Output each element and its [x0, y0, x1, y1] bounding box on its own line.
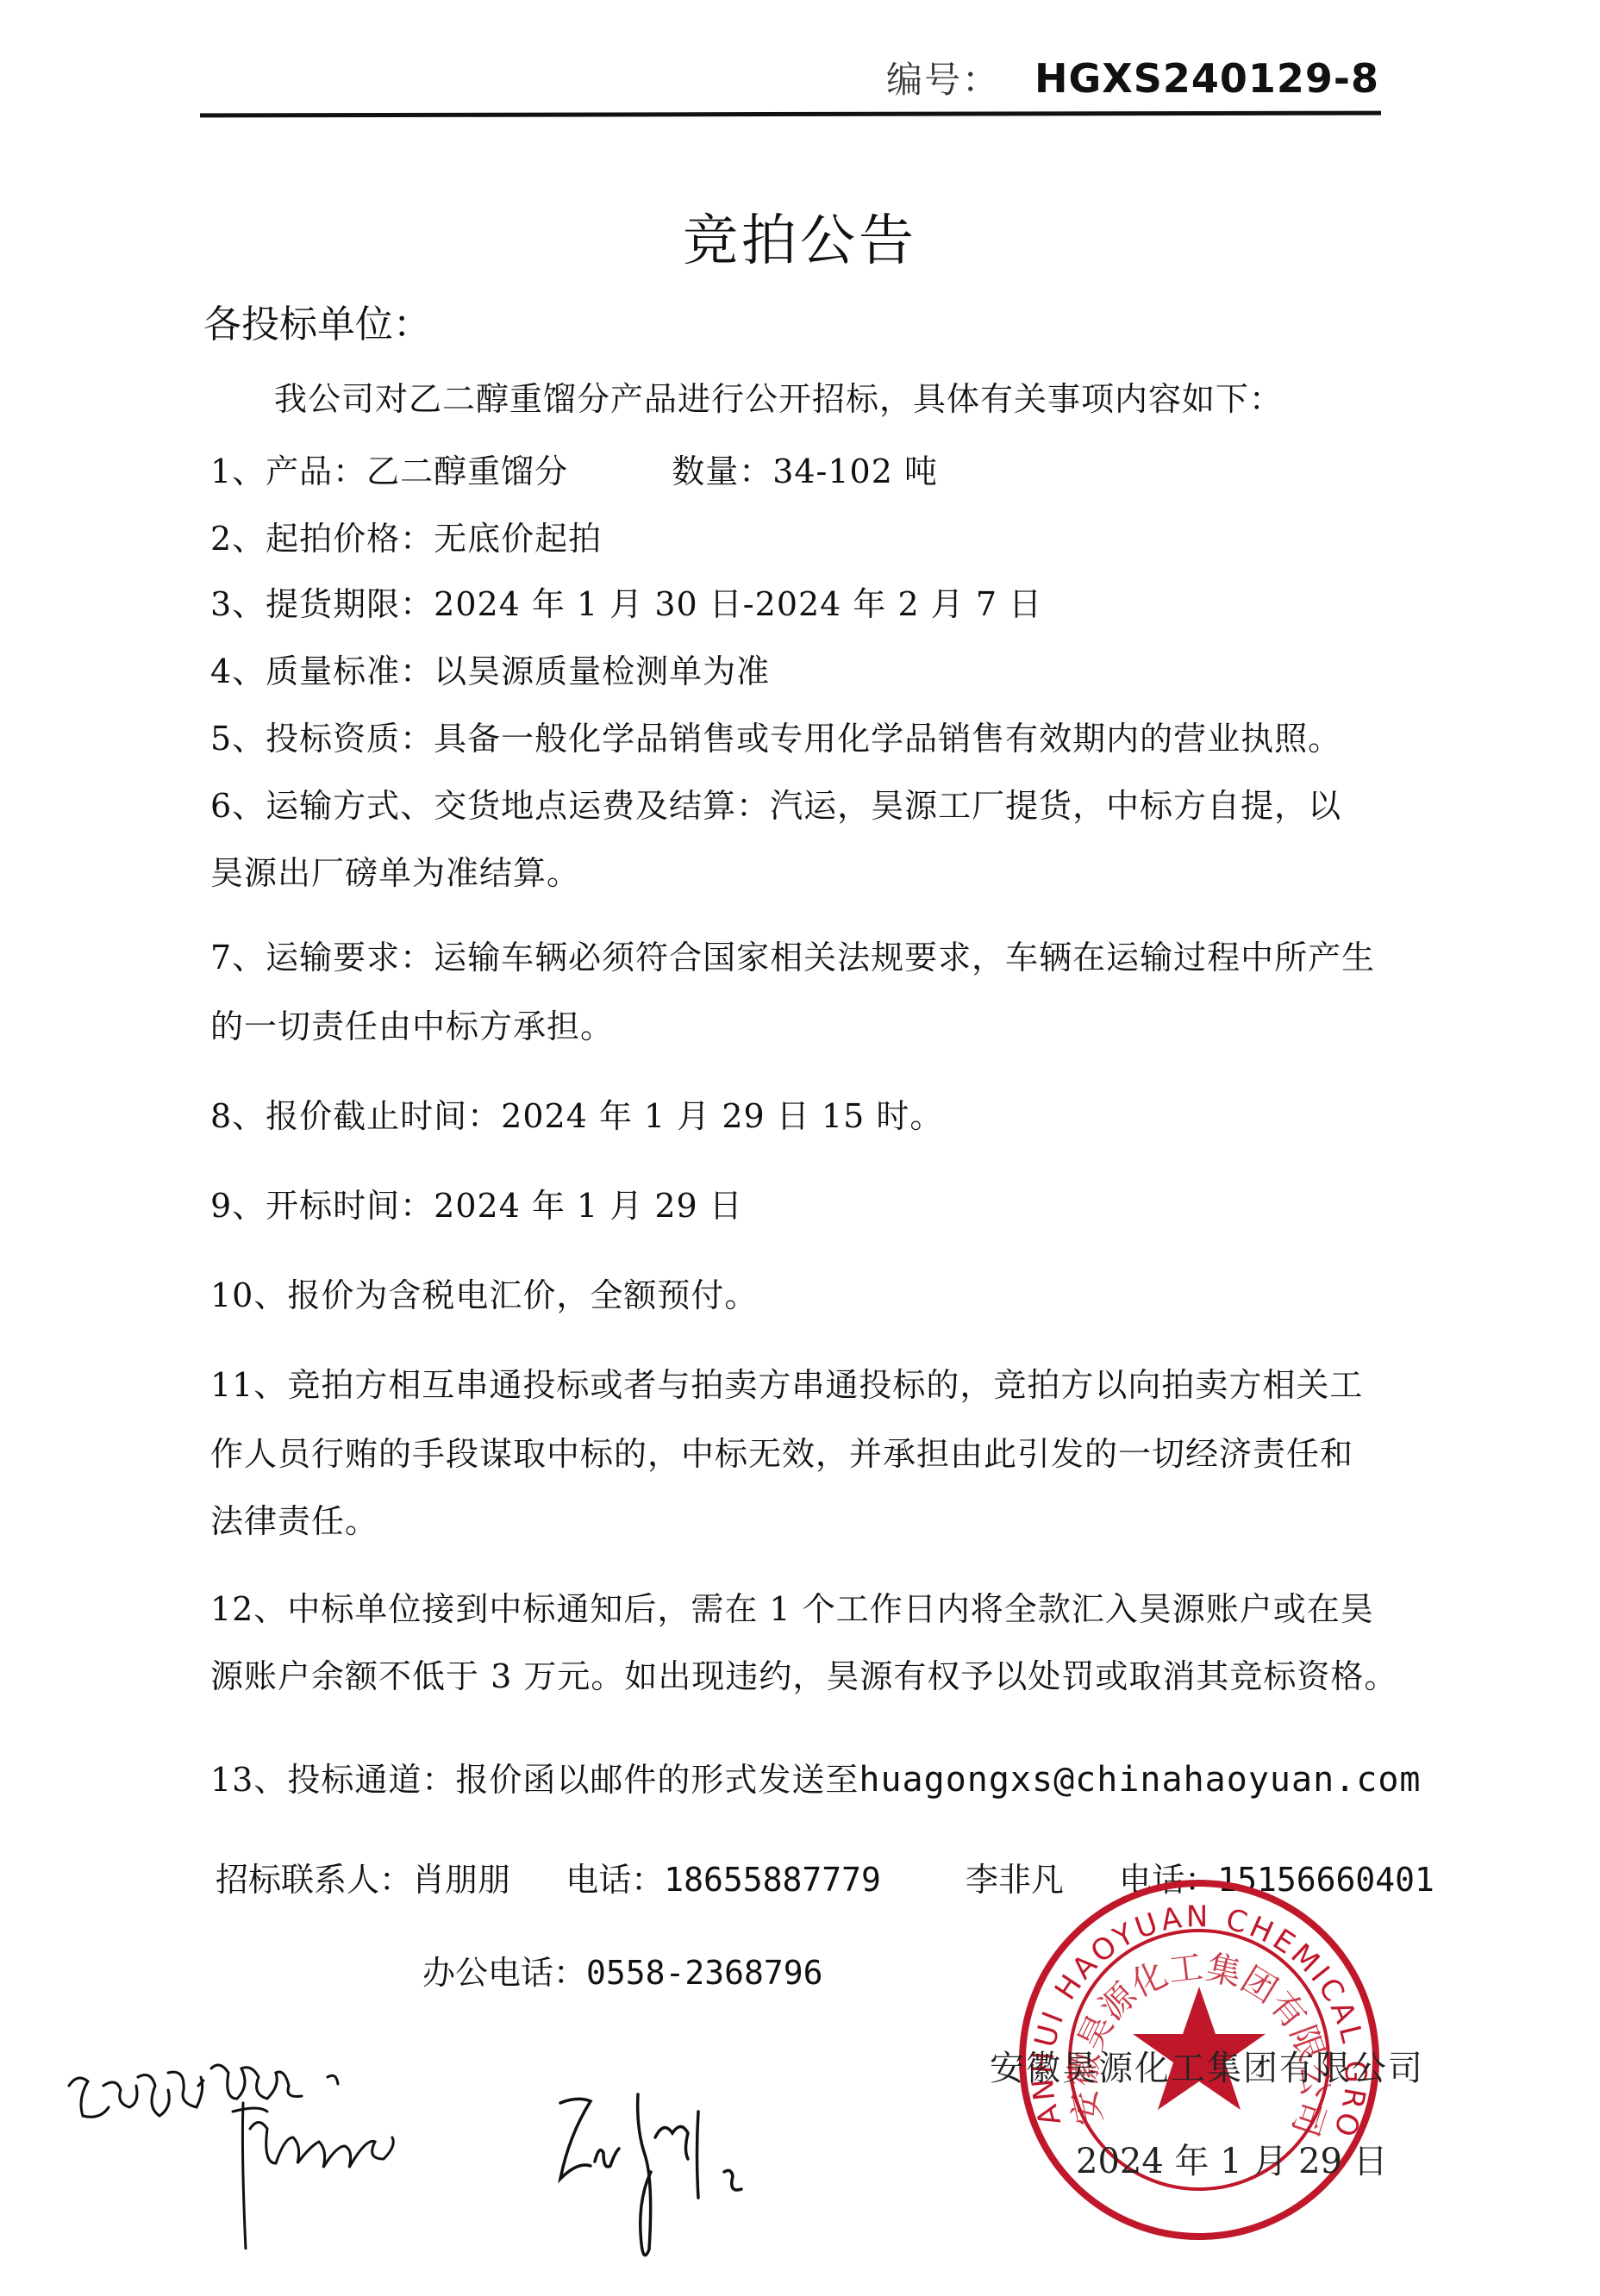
- item-text: 作人员行贿的手段谋取中标的，中标无效，并承担由此引发的一切经济责任和: [210, 1435, 1353, 1473]
- intro-paragraph: 我公司对乙二醇重馏分产品进行公开招标，具体有关事项内容如下：: [274, 372, 1283, 420]
- item-13: 13、投标通道：报价函以邮件的形式发送至huagongxs@chinahaoyu…: [210, 1753, 1422, 1800]
- item-text: 2、起拍价格：无底价起拍: [210, 520, 602, 558]
- document-number-value: HGXS240129-8: [1034, 55, 1379, 102]
- item-text: 13、投标通道：报价函以邮件的形式发送至: [210, 1761, 859, 1799]
- item-7: 7、运输要求：运输车辆必须符合国家相关法规要求，车辆在运输过程中所产生: [210, 931, 1375, 978]
- item-11: 11、竞拍方相互串通投标或者与拍卖方串通投标的，竞拍方以向拍卖方相关工: [210, 1358, 1363, 1406]
- item-12-cont: 源账户余额不低于 3 万元。如出现违约，昊源有权予以处罚或取消其竞标资格。: [210, 1650, 1397, 1697]
- contact-label: 招标联系人：: [216, 1861, 412, 1899]
- item-text: 法律责任。: [210, 1502, 378, 1540]
- item-6-cont: 昊源出厂磅单为准结算。: [210, 846, 580, 894]
- item-7-cont: 的一切责任由中标方承担。: [210, 1000, 614, 1047]
- item-text: 7、运输要求：运输车辆必须符合国家相关法规要求，车辆在运输过程中所产生: [210, 939, 1375, 976]
- item-3: 3、提货期限：2024 年 1 月 30 日-2024 年 2 月 7 日: [210, 577, 1042, 625]
- handwritten-signature: [552, 2086, 776, 2275]
- phone-number: 0558-2368796: [586, 1954, 823, 1992]
- phone-number: 18655887779: [664, 1861, 881, 1899]
- item-text: 8、报价截止时间：2024 年 1 月 29 日 15 时。: [210, 1097, 943, 1135]
- salutation: 各投标单位：: [203, 293, 431, 348]
- item-4: 4、质量标准：以昊源质量检测单为准: [210, 645, 770, 692]
- item-11-cont: 作人员行贿的手段谋取中标的，中标无效，并承担由此引发的一切经济责任和: [210, 1427, 1353, 1475]
- item-12: 12、中标单位接到中标通知后，需在 1 个工作日内将全款汇入昊源账户或在昊: [210, 1582, 1374, 1630]
- phone-label: 办公电话：: [422, 1954, 586, 1992]
- item-2: 2、起拍价格：无底价起拍: [210, 512, 602, 559]
- header-divider: [200, 111, 1381, 118]
- item-text: 1、产品：乙二醇重馏分: [210, 452, 568, 490]
- item-text: 11、竞拍方相互串通投标或者与拍卖方串通投标的，竞拍方以向拍卖方相关工: [210, 1366, 1363, 1404]
- item-text: 5、投标资质：具备一般化学品销售或专用化学品销售有效期内的营业执照。: [210, 720, 1341, 758]
- item-text: 6、运输方式、交货地点运费及结算：汽运，昊源工厂提货，中标方自提，以: [210, 787, 1341, 825]
- document-number: 编号： HGXS240129-8: [886, 52, 1379, 103]
- item-quantity: 数量：34-102 吨: [672, 452, 938, 490]
- item-text: 9、开标时间：2024 年 1 月 29 日: [210, 1187, 743, 1225]
- handwritten-note-signature: 建议竞拍，请领导指示。: [52, 2051, 483, 2249]
- issuer-company: 安徽昊源化工集团有限公司: [990, 2041, 1424, 2090]
- item-text: 12、中标单位接到中标通知后，需在 1 个工作日内将全款汇入昊源账户或在昊: [210, 1590, 1374, 1628]
- item-1: 1、产品：乙二醇重馏分数量：34-102 吨: [210, 445, 938, 492]
- item-10: 10、报价为含税电汇价，全额预付。: [210, 1269, 758, 1316]
- item-9: 9、开标时间：2024 年 1 月 29 日: [210, 1179, 743, 1226]
- item-8: 8、报价截止时间：2024 年 1 月 29 日 15 时。: [210, 1089, 943, 1137]
- item-11-cont2: 法律责任。: [210, 1494, 378, 1542]
- issue-date: 2024 年 1 月 29 日: [1076, 2134, 1388, 2183]
- phone-label: 电话：: [566, 1861, 664, 1899]
- item-text: 10、报价为含税电汇价，全额预付。: [210, 1276, 758, 1314]
- office-phone: 办公电话：0558-2368796: [422, 1946, 823, 1993]
- page-title: 竞拍公告: [0, 197, 1600, 276]
- item-5: 5、投标资质：具备一般化学品销售或专用化学品销售有效期内的营业执照。: [210, 712, 1341, 759]
- item-text: 源账户余额不低于 3 万元。如出现违约，昊源有权予以处罚或取消其竞标资格。: [210, 1657, 1397, 1695]
- item-text: 的一切责任由中标方承担。: [210, 1008, 614, 1045]
- document-number-label: 编号：: [886, 52, 1000, 103]
- contact-person-1: 招标联系人：肖朋朋 电话：18655887779: [216, 1853, 881, 1900]
- item-text: 4、质量标准：以昊源质量检测单为准: [210, 652, 770, 690]
- item-text: 昊源出厂磅单为准结算。: [210, 854, 580, 892]
- item-6: 6、运输方式、交货地点运费及结算：汽运，昊源工厂提货，中标方自提，以: [210, 779, 1341, 827]
- contact-name: 肖朋朋: [412, 1861, 510, 1899]
- item-text: 3、提货期限：2024 年 1 月 30 日-2024 年 2 月 7 日: [210, 585, 1042, 623]
- email-link[interactable]: huagongxs@chinahaoyuan.com: [859, 1760, 1421, 1800]
